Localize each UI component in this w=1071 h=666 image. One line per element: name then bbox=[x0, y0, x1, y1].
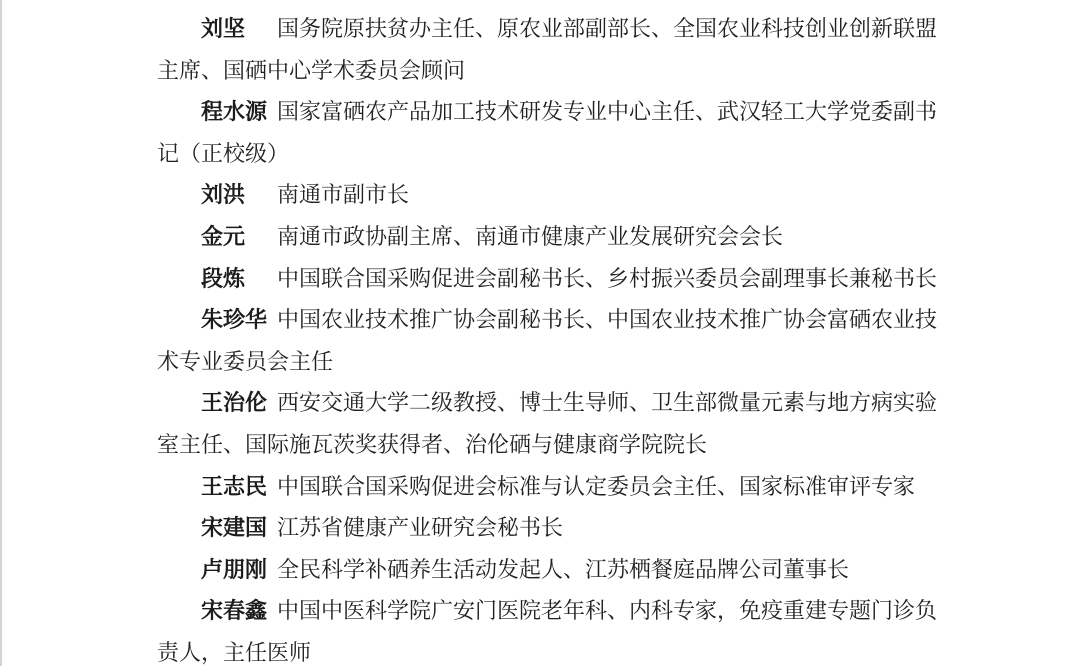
attendee-name: 宋建国 bbox=[201, 507, 277, 549]
attendee-name: 刘坚 bbox=[201, 8, 277, 50]
attendee-description: 全民科学补硒养生活动发起人、江苏栖餐庭品牌公司董事长 bbox=[277, 557, 849, 582]
attendee-name: 朱珍华 bbox=[201, 299, 277, 341]
attendee-entry: 王志民中国联合国采购促进会标准与认定委员会主任、国家标准审评专家 bbox=[157, 466, 937, 508]
attendee-entry: 朱珍华中国农业技术推广协会副秘书长、中国农业技术推广协会富硒农业技术专业委员会主… bbox=[157, 299, 937, 382]
attendee-entry: 宋春鑫中国中医科学院广安门医院老年科、内科专家，免疫重建专题门诊负责人，主任医师 bbox=[157, 590, 937, 666]
attendee-entry: 刘坚国务院原扶贫办主任、原农业部副部长、全国农业科技创业创新联盟主席、国硒中心学… bbox=[157, 8, 937, 91]
attendee-entry: 王治伦西安交通大学二级教授、博士生导师、卫生部微量元素与地方病实验室主任、国际施… bbox=[157, 382, 937, 465]
attendee-entry: 段炼中国联合国采购促进会副秘书长、乡村振兴委员会副理事长兼秘书长 bbox=[157, 258, 937, 300]
attendee-name: 刘洪 bbox=[201, 174, 277, 216]
attendee-entry: 卢朋刚全民科学补硒养生活动发起人、江苏栖餐庭品牌公司董事长 bbox=[157, 549, 937, 591]
attendee-name: 卢朋刚 bbox=[201, 549, 277, 591]
attendee-description: 中国联合国采购促进会副秘书长、乡村振兴委员会副理事长兼秘书长 bbox=[277, 266, 937, 291]
attendee-name: 王志民 bbox=[201, 466, 277, 508]
document-page: 刘坚国务院原扶贫办主任、原农业部副部长、全国农业科技创业创新联盟主席、国硒中心学… bbox=[0, 0, 1071, 666]
attendee-name: 金元 bbox=[201, 216, 277, 258]
attendee-entry: 刘洪南通市副市长 bbox=[157, 174, 937, 216]
attendee-name: 王治伦 bbox=[201, 382, 277, 424]
attendee-description: 中国联合国采购促进会标准与认定委员会主任、国家标准审评专家 bbox=[277, 474, 915, 499]
attendee-entry: 宋建国江苏省健康产业研究会秘书长 bbox=[157, 507, 937, 549]
attendee-entry: 程水源国家富硒农产品加工技术研发专业中心主任、武汉轻工大学党委副书记（正校级） bbox=[157, 91, 937, 174]
attendee-entry: 金元南通市政协副主席、南通市健康产业发展研究会会长 bbox=[157, 216, 937, 258]
attendee-description: 南通市政协副主席、南通市健康产业发展研究会会长 bbox=[277, 224, 783, 249]
attendee-description: 江苏省健康产业研究会秘书长 bbox=[277, 515, 563, 540]
attendee-name: 程水源 bbox=[201, 91, 277, 133]
attendee-list: 刘坚国务院原扶贫办主任、原农业部副部长、全国农业科技创业创新联盟主席、国硒中心学… bbox=[157, 0, 937, 666]
attendee-description: 南通市副市长 bbox=[277, 182, 409, 207]
page-left-edge-line bbox=[0, 0, 2, 666]
attendee-name: 宋春鑫 bbox=[201, 590, 277, 632]
attendee-name: 段炼 bbox=[201, 258, 277, 300]
